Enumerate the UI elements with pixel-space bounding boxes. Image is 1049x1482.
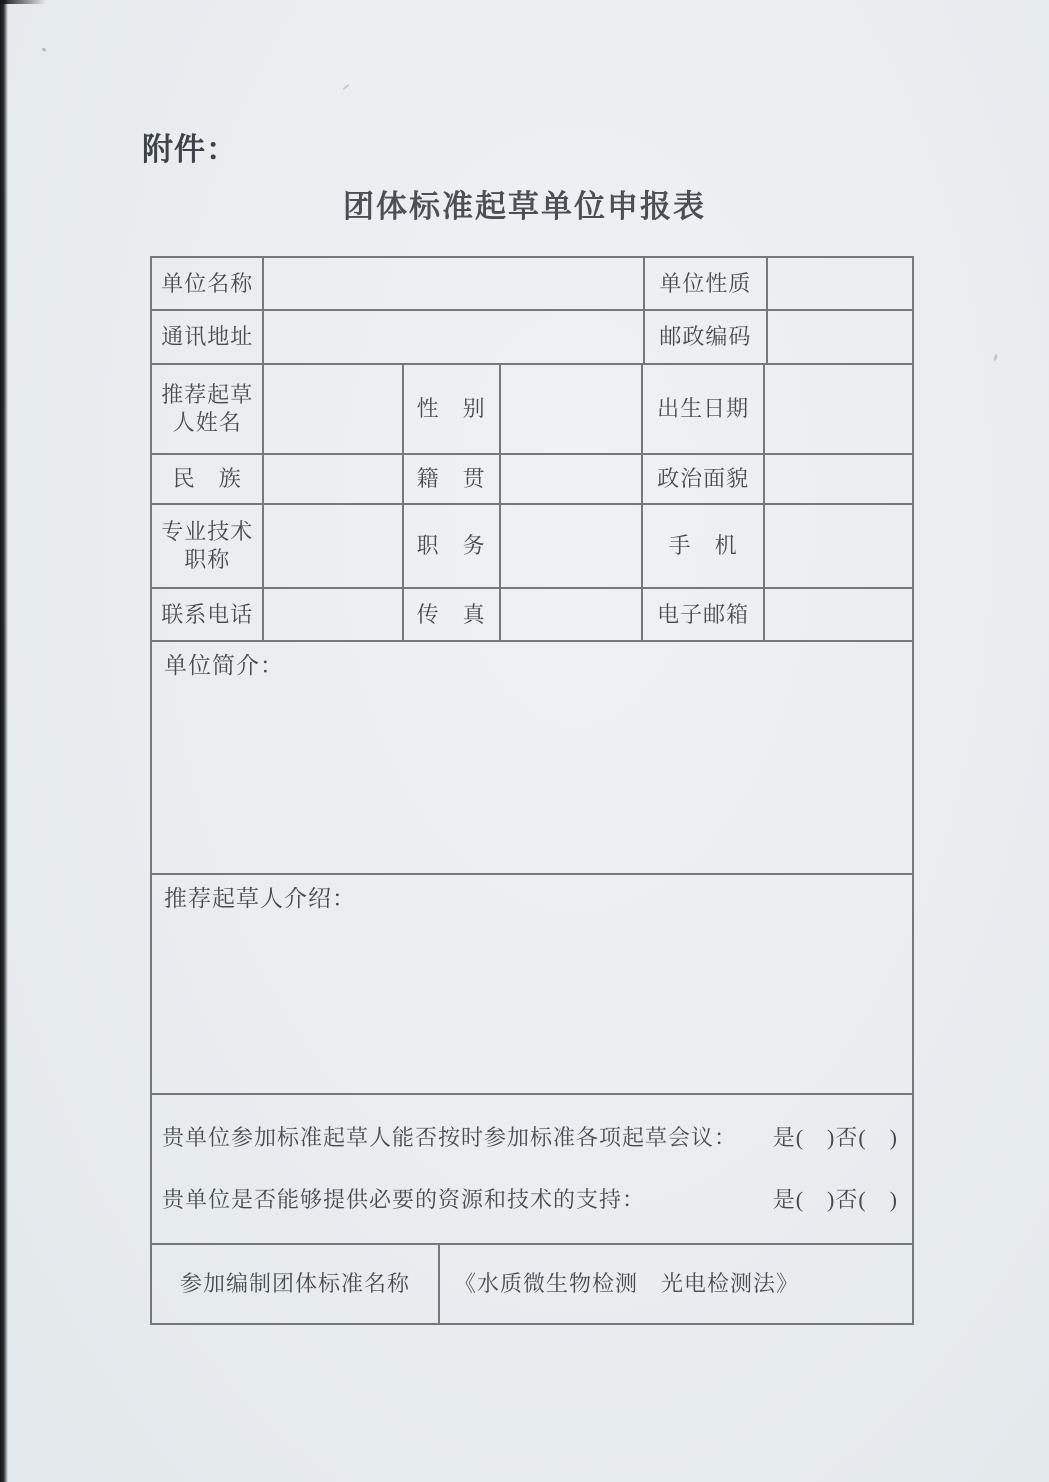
position-label: 职 务 (404, 505, 501, 587)
question-meeting-attendance: 贵单位参加标准起草人能否按时参加标准各项起草会议： 是( )否( ) (162, 1124, 898, 1152)
application-form-table: 单位名称 单位性质 通讯地址 邮政编码 推荐起草 人姓名 性 别 出生日期 民 … (150, 256, 914, 1325)
standard-name-value: 《水质微生物检测 光电检测法》 (440, 1245, 912, 1323)
standard-name-label: 参加编制团体标准名称 (152, 1245, 440, 1323)
unit-nature-value (768, 258, 912, 309)
fax-label: 传 真 (404, 589, 501, 640)
contact-phone-label: 联系电话 (152, 589, 264, 640)
scan-speck (42, 47, 47, 52)
email-label: 电子邮箱 (643, 589, 765, 640)
address-value (264, 311, 645, 363)
professional-title-label: 专业技术 职称 (152, 505, 264, 587)
question-resource-yes-no: 是( )否( ) (773, 1186, 898, 1214)
mobile-label: 手 机 (643, 505, 765, 587)
gender-value (501, 365, 643, 453)
professional-title-value (264, 505, 403, 587)
ethnicity-label: 民 族 (152, 455, 264, 503)
drafter-name-value (264, 365, 403, 453)
unit-name-label: 单位名称 (152, 258, 264, 309)
row-ethnicity: 民 族 籍 贯 政治面貌 (152, 455, 912, 505)
attachment-label: 附件： (142, 124, 238, 169)
scan-corner-artifact (0, 0, 46, 4)
mobile-value (765, 505, 912, 587)
unit-profile-label: 单位简介： (152, 642, 912, 873)
question-meeting-yes-no: 是( )否( ) (773, 1124, 898, 1152)
birth-date-label: 出生日期 (643, 365, 765, 453)
drafter-intro-label: 推荐起草人介绍： (152, 875, 912, 1093)
postal-code-label: 邮政编码 (645, 311, 767, 363)
unit-name-value (264, 258, 645, 309)
row-drafter-intro: 推荐起草人介绍： (152, 875, 912, 1095)
unit-nature-label: 单位性质 (645, 258, 767, 309)
row-standard-name: 参加编制团体标准名称 《水质微生物检测 光电检测法》 (152, 1245, 912, 1323)
political-status-label: 政治面貌 (643, 455, 765, 503)
contact-phone-value (264, 589, 403, 640)
native-place-label: 籍 贯 (404, 455, 501, 503)
drafter-name-label: 推荐起草 人姓名 (152, 365, 264, 453)
question-resource-support: 贵单位是否能够提供必要的资源和技术的支持： 是( )否( ) (162, 1186, 898, 1214)
page-title: 团体标准起草单位申报表 (0, 181, 1049, 226)
scan-speck (342, 84, 349, 91)
questions-cell: 贵单位参加标准起草人能否按时参加标准各项起草会议： 是( )否( ) 贵单位是否… (152, 1095, 912, 1243)
scan-speck (993, 354, 998, 362)
question-resource-text: 贵单位是否能够提供必要的资源和技术的支持： (162, 1186, 645, 1214)
birth-date-value (765, 365, 912, 453)
ethnicity-value (264, 455, 403, 503)
postal-code-value (768, 311, 912, 363)
row-drafter-name: 推荐起草 人姓名 性 别 出生日期 (152, 365, 912, 455)
gender-label: 性 别 (404, 365, 501, 453)
row-professional-title: 专业技术 职称 职 务 手 机 (152, 505, 912, 589)
row-unit-name: 单位名称 单位性质 (152, 258, 912, 311)
row-unit-profile: 单位简介： (152, 642, 912, 875)
row-address: 通讯地址 邮政编码 (152, 311, 912, 365)
fax-value (501, 589, 643, 640)
position-value (501, 505, 643, 587)
scanned-document: { "page": { "attachment_label": "附件：", "… (0, 0, 1049, 1482)
native-place-value (501, 455, 643, 503)
political-status-value (765, 455, 912, 503)
question-meeting-text: 贵单位参加标准起草人能否按时参加标准各项起草会议： (162, 1124, 737, 1152)
email-value (765, 589, 912, 640)
address-label: 通讯地址 (152, 311, 264, 363)
row-questions: 贵单位参加标准起草人能否按时参加标准各项起草会议： 是( )否( ) 贵单位是否… (152, 1095, 912, 1245)
row-contact: 联系电话 传 真 电子邮箱 (152, 589, 912, 642)
